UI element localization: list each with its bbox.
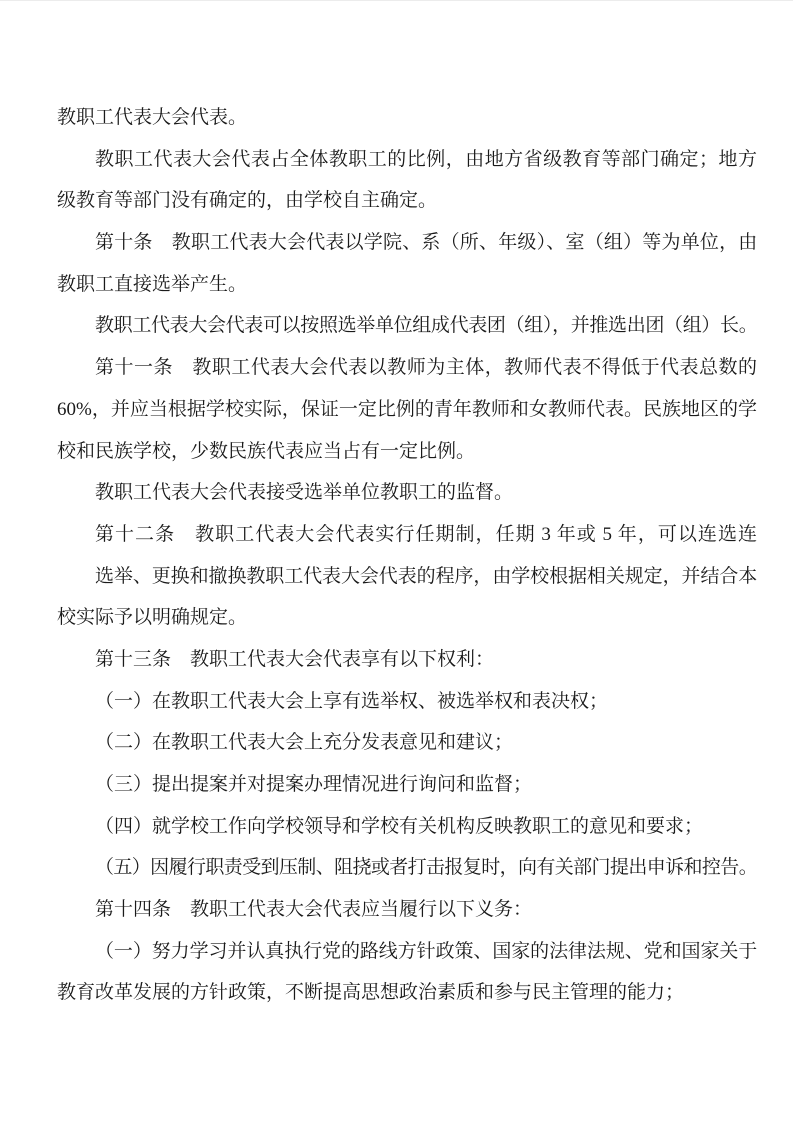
text-line: 教职工代表大会代表接受选举单位教职工的监督。 xyxy=(57,472,757,514)
text-line: 教职工直接选举产生。 xyxy=(57,264,757,306)
text-line: （四）就学校工作向学校领导和学校有关机构反映教职工的意见和要求； xyxy=(57,806,757,848)
text-line: （一）努力学习并认真执行党的路线方针政策、国家的法律法规、党和国家关于 xyxy=(57,931,757,973)
text-line: 选举、更换和撤换教职工代表大会代表的程序，由学校根据相关规定，并结合本 xyxy=(57,556,757,598)
text-line: 教职工代表大会代表。 xyxy=(57,97,757,139)
text-line: 教职工代表大会代表可以按照选举单位组成代表团（组），并推选出团（组）长。 xyxy=(57,305,757,347)
text-line: 教育改革发展的方针政策，不断提高思想政治素质和参与民主管理的能力； xyxy=(57,972,757,1014)
text-line: 第十三条 教职工代表大会代表享有以下权利： xyxy=(57,639,757,681)
text-line: 第十一条 教职工代表大会代表以教师为主体，教师代表不得低于代表总数的 xyxy=(57,347,757,389)
text-line: 校和民族学校，少数民族代表应当占有一定比例。 xyxy=(57,431,757,473)
text-line: 第十四条 教职工代表大会代表应当履行以下义务： xyxy=(57,889,757,931)
text-line: （三）提出提案并对提案办理情况进行询问和监督； xyxy=(57,764,757,806)
text-line: 60%，并应当根据学校实际，保证一定比例的青年教师和女教师代表。民族地区的学 xyxy=(57,389,757,431)
text-line: （五）因履行职责受到压制、阻挠或者打击报复时，向有关部门提出申诉和控告。 xyxy=(57,847,757,889)
text-line: （一）在教职工代表大会上享有选举权、被选举权和表决权； xyxy=(57,681,757,723)
text-line: 第十二条 教职工代表大会代表实行任期制，任期 3 年或 5 年，可以连选连任。 xyxy=(57,514,757,556)
document-text-body: 教职工代表大会代表。教职工代表大会代表占全体教职工的比例，由地方省级教育等部门确… xyxy=(57,97,757,1014)
text-line: 级教育等部门没有确定的，由学校自主确定。 xyxy=(57,180,757,222)
text-line: （二）在教职工代表大会上充分发表意见和建议； xyxy=(57,722,757,764)
document-page: 教职工代表大会代表。教职工代表大会代表占全体教职工的比例，由地方省级教育等部门确… xyxy=(0,0,793,1122)
text-line: 校实际予以明确规定。 xyxy=(57,597,757,639)
text-line: 教职工代表大会代表占全体教职工的比例，由地方省级教育等部门确定；地方省 xyxy=(57,139,757,181)
text-line: 第十条 教职工代表大会代表以学院、系（所、年级）、室（组）等为单位，由 xyxy=(57,222,757,264)
